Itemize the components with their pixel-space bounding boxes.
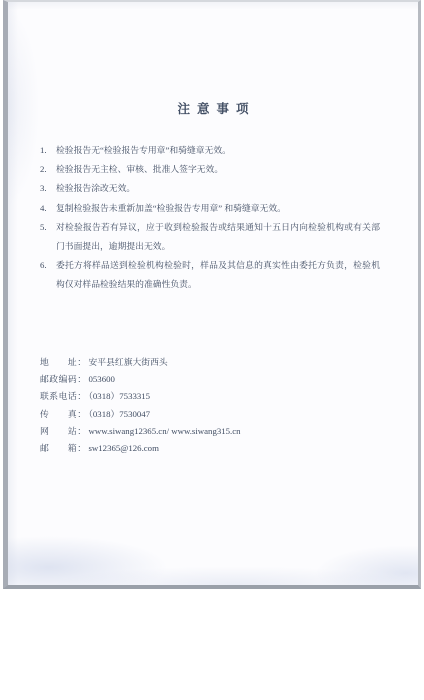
notice-number: 6.	[40, 256, 56, 294]
contact-value: 053600	[89, 374, 115, 384]
contact-label: 传 真：	[40, 409, 87, 419]
contact-row: 邮 箱：sw12365@126.com	[40, 440, 380, 457]
notice-text: 检验报告无主检、审核、批准人签字无效。	[56, 160, 380, 179]
notice-number: 2.	[40, 160, 56, 179]
contact-value: www.siwang12365.cn/ www.siwang315.cn	[89, 426, 241, 436]
notice-text: 检验报告涂改无效。	[56, 179, 380, 198]
contact-value: 安平县红旗大街西头	[89, 357, 168, 367]
contact-value: （0318）7530047	[89, 409, 151, 419]
notice-item: 6.委托方将样品送到检验机构检验时，样品及其信息的真实性由委托方负责，检验机构仅…	[40, 256, 380, 294]
page-title: 注意事项	[8, 99, 418, 117]
notice-number: 3.	[40, 179, 56, 198]
scanned-page: 注意事项 1.检验报告无“检验报告专用章”和骑缝章无效。2.检验报告无主检、审核…	[3, 0, 421, 589]
notice-number: 1.	[40, 141, 56, 160]
contact-label: 邮政编码：	[40, 374, 87, 384]
contact-row: 网 站：www.siwang12365.cn/ www.siwang315.cn	[40, 423, 380, 440]
notice-text: 检验报告无“检验报告专用章”和骑缝章无效。	[56, 141, 380, 160]
notice-text: 复制检验报告未重新加盖“检验报告专用章” 和骑缝章无效。	[56, 199, 380, 218]
notice-item: 1.检验报告无“检验报告专用章”和骑缝章无效。	[40, 141, 380, 160]
contact-block: 地 址：安平县红旗大街西头邮政编码：053600联系电话：（0318）75333…	[40, 354, 380, 457]
contact-row: 联系电话：（0318）7533315	[40, 388, 380, 405]
contact-row: 邮政编码：053600	[40, 371, 380, 388]
contact-value: （0318）7533315	[89, 391, 151, 401]
contact-row: 地 址：安平县红旗大街西头	[40, 354, 380, 371]
notice-item: 3.检验报告涂改无效。	[40, 179, 380, 198]
contact-label: 网 站：	[40, 426, 87, 436]
contact-label: 联系电话：	[40, 391, 87, 401]
notice-item: 4.复制检验报告未重新加盖“检验报告专用章” 和骑缝章无效。	[40, 199, 380, 218]
notice-text: 对检验报告若有异议，应于收到检验报告或结果通知十五日内向检验机构或有关部门书面提…	[56, 218, 380, 256]
notice-number: 5.	[40, 218, 56, 256]
notice-list: 1.检验报告无“检验报告专用章”和骑缝章无效。2.检验报告无主检、审核、批准人签…	[40, 141, 380, 295]
notice-item: 5.对检验报告若有异议，应于收到检验报告或结果通知十五日内向检验机构或有关部门书…	[40, 218, 380, 256]
notice-number: 4.	[40, 199, 56, 218]
contact-label: 邮 箱：	[40, 443, 87, 453]
notice-item: 2.检验报告无主检、审核、批准人签字无效。	[40, 160, 380, 179]
contact-row: 传 真：（0318）7530047	[40, 406, 380, 423]
notice-text: 委托方将样品送到检验机构检验时，样品及其信息的真实性由委托方负责，检验机构仅对样…	[56, 256, 380, 294]
contact-label: 地 址：	[40, 357, 87, 367]
contact-value: sw12365@126.com	[89, 443, 159, 453]
